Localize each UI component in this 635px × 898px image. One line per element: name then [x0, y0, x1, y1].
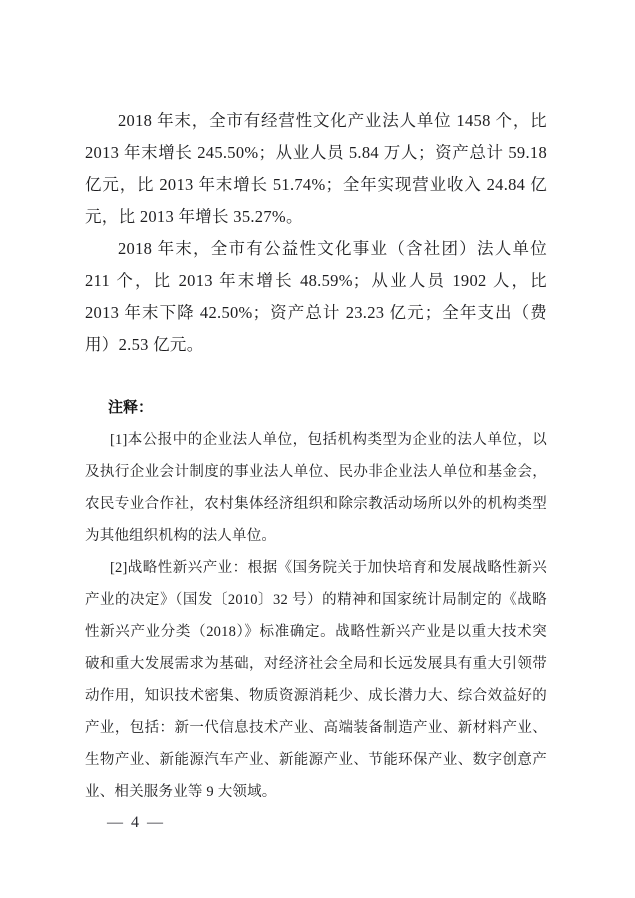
- page-number: — 4 —: [107, 815, 165, 831]
- document-page: 2018 年末，全市有经营性文化产业法人单位 1458 个，比 2013 年末增…: [0, 0, 635, 898]
- paragraph-public-culture-stats: 2018 年末，全市有公益性文化事业（含社团）法人单位 211 个，比 2013…: [85, 233, 547, 361]
- note-2-strategic-emerging-industries: [2]战略性新兴产业：根据《国务院关于加快培育和发展战略性新兴产业的决定》（国发…: [85, 552, 547, 808]
- page-content: 2018 年末，全市有经营性文化产业法人单位 1458 个，比 2013 年末增…: [85, 105, 547, 808]
- notes-heading: 注释：: [85, 392, 547, 424]
- note-1-enterprise-legal-units: [1]本公报中的企业法人单位，包括机构类型为企业的法人单位，以及执行企业会计制度…: [85, 424, 547, 552]
- paragraph-operating-culture-stats: 2018 年末，全市有经营性文化产业法人单位 1458 个，比 2013 年末增…: [85, 105, 547, 233]
